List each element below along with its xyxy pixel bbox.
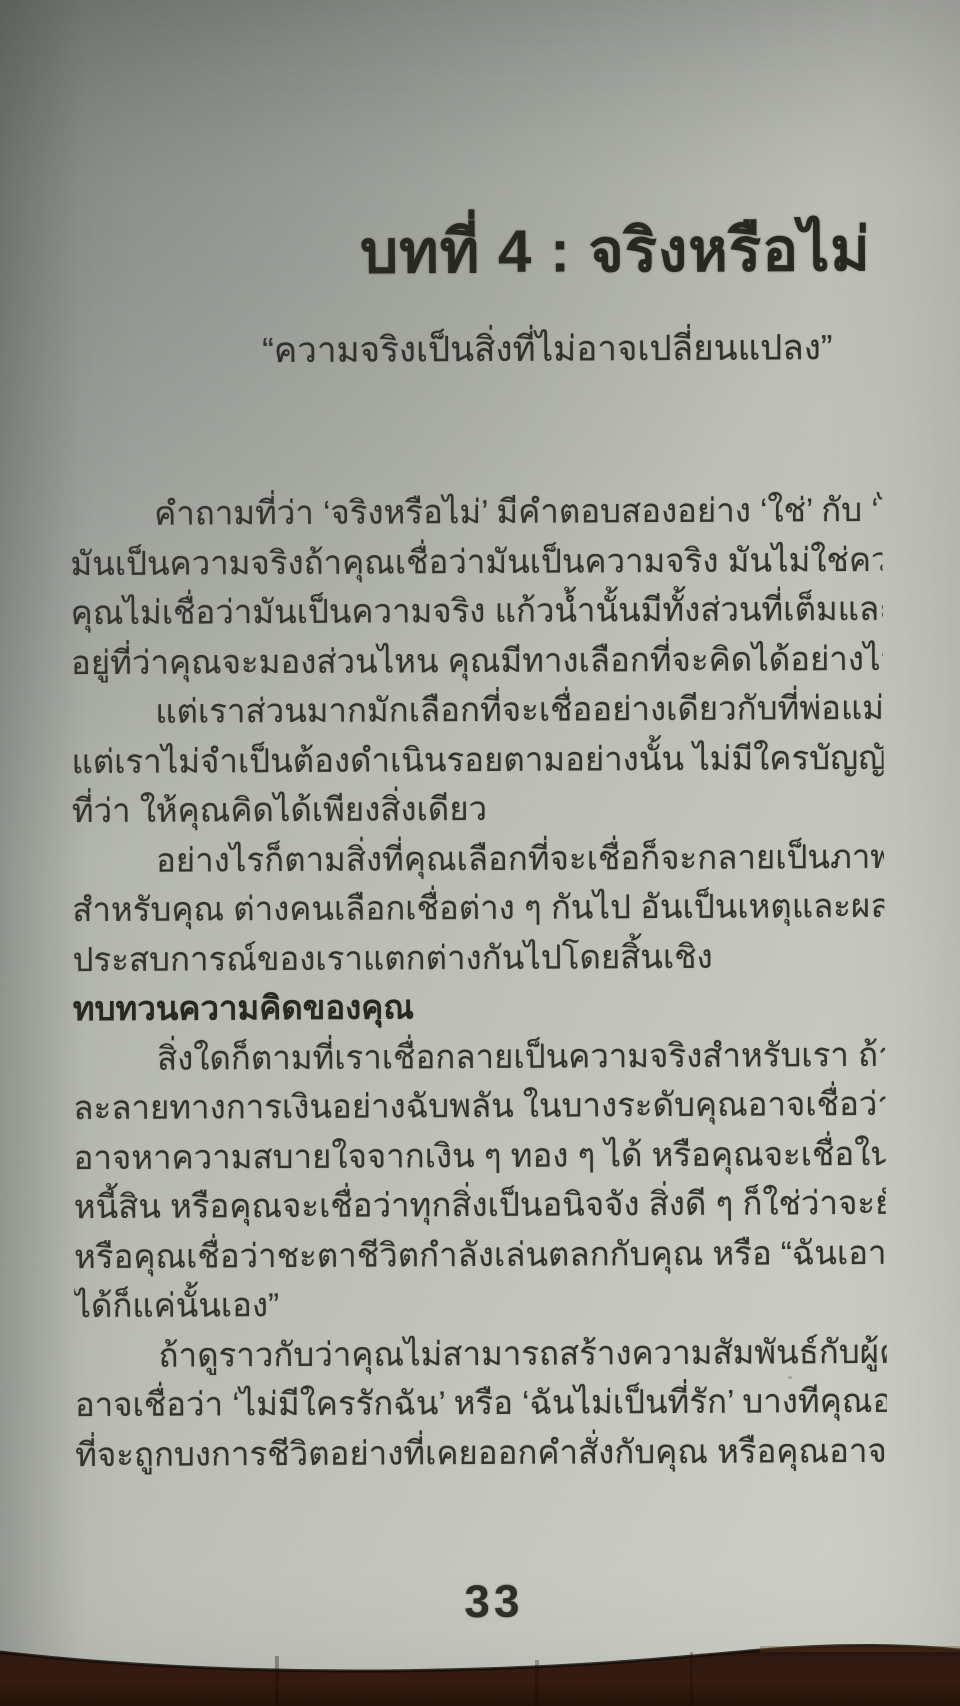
body-line: ละลายทางการเงินอย่างฉับพลัน ในบางระดับคุ… bbox=[73, 1079, 885, 1133]
book-page-photo: บทที่ 4 : จริงหรือไม่ “ความจริงเป็นสิ่งท… bbox=[0, 0, 960, 1706]
body-line: หรือคุณเชื่อว่าชะตาชีวิตกำลังเล่นตลกกับค… bbox=[74, 1227, 886, 1281]
body-line: มันเป็นความจริงถ้าคุณเชื่อว่ามันเป็นความ… bbox=[70, 534, 882, 588]
body-line: ถ้าดูราวกับว่าคุณไม่สามารถสร้างความสัมพั… bbox=[74, 1326, 886, 1380]
wood-grain-highlight bbox=[760, 1646, 960, 1652]
body-line: แต่เราส่วนมากมักเลือกที่จะเชื่ออย่างเดีย… bbox=[71, 683, 883, 737]
table-edge bbox=[0, 1645, 960, 1706]
body-line: คำถามที่ว่า ‘จริงหรือไม่’ มีคำตอบสองอย่า… bbox=[70, 485, 882, 539]
wood-grain-line bbox=[690, 1652, 693, 1706]
dust-speck bbox=[650, 1406, 655, 1410]
body-line: ที่จะถูกบงการชีวิตอย่างที่เคยออกคำสั่งกั… bbox=[75, 1425, 887, 1479]
dust-speck bbox=[788, 1376, 792, 1379]
body-line: คุณไม่เชื่อว่ามันเป็นความจริง แก้วน้ำนั้… bbox=[71, 584, 883, 638]
page-content: บทที่ 4 : จริงหรือไม่ “ความจริงเป็นสิ่งท… bbox=[0, 0, 960, 1706]
body-line: อย่างไรก็ตามสิ่งที่คุณเลือกที่จะเชื่อก็จ… bbox=[72, 831, 884, 885]
page-number: 33 bbox=[14, 1571, 960, 1630]
wood-grain-line bbox=[535, 1660, 539, 1706]
chapter-title: บทที่ 4 : จริงหรือไม่ bbox=[360, 202, 871, 300]
epigraph-quote: “ความจริงเป็นสิ่งที่ไม่อาจเปลี่ยนแปลง” bbox=[147, 320, 947, 379]
body-line: หนี้สิน หรือคุณจะเชื่อว่าทุกสิ่งเป็นอนิจ… bbox=[74, 1178, 886, 1232]
body-line: อยู่ที่ว่าคุณจะมองส่วนไหน คุณมีทางเลือกท… bbox=[71, 633, 883, 687]
table-surface bbox=[0, 1626, 960, 1706]
section-heading: ทบทวนความคิดของคุณ bbox=[73, 980, 885, 1034]
body-line: สิ่งใดก็ตามที่เราเชื่อกลายเป็นความจริงสำ… bbox=[73, 1029, 885, 1083]
body-line: ที่ว่า ให้คุณคิดได้เพียงสิ่งเดียว bbox=[72, 782, 884, 836]
wood-grain-line bbox=[275, 1656, 279, 1706]
body-line: ได้ก็แค่นั้นเอง” bbox=[74, 1277, 886, 1331]
body-line: แต่เราไม่จำเป็นต้องดำเนินรอยตามอย่างนั้น… bbox=[71, 732, 883, 786]
body-line: อาจหาความสบายใจจากเงิน ๆ ทอง ๆ ได้ หรือค… bbox=[73, 1128, 885, 1182]
body-line: อาจเชื่อว่า ‘ไม่มีใครรักฉัน’ หรือ ‘ฉันไม… bbox=[75, 1376, 887, 1430]
body-text: คำถามที่ว่า ‘จริงหรือไม่’ มีคำตอบสองอย่า… bbox=[70, 485, 887, 1479]
body-line: สำหรับคุณ ต่างคนเลือกเชื่อต่าง ๆ กันไป อ… bbox=[72, 881, 884, 935]
body-line: ประสบการณ์ของเราแตกต่างกันไปโดยสิ้นเชิง bbox=[72, 930, 884, 984]
